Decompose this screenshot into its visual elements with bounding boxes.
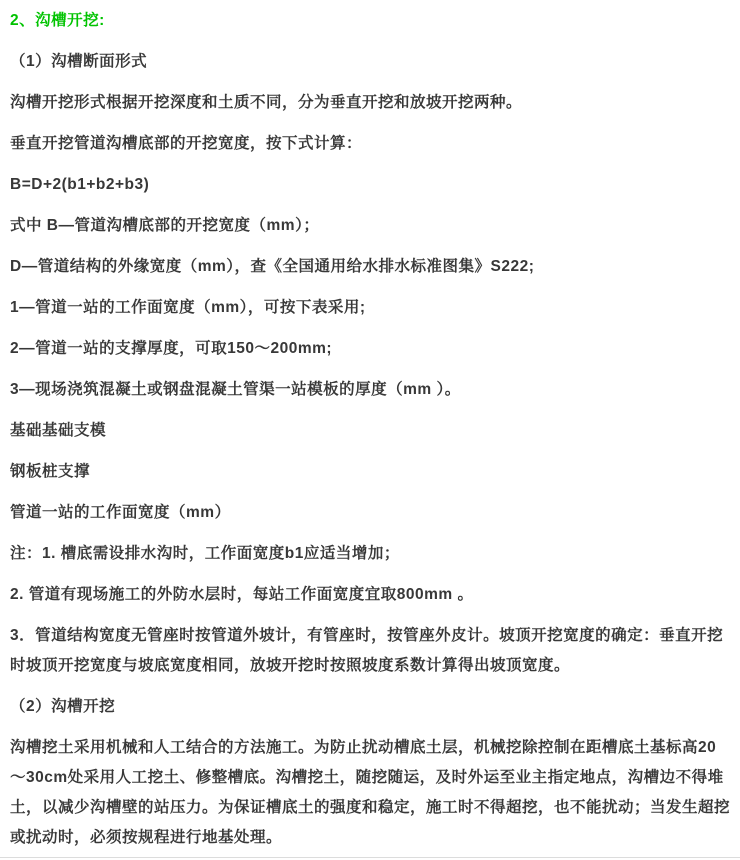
document-page: 2、沟槽开挖: （1）沟槽断面形式 沟槽开挖形式根据开挖深度和土质不同，分为垂直… [0, 0, 740, 860]
para-section2-title: （2）沟槽开挖 [10, 692, 730, 722]
section-heading: 2、沟槽开挖: [10, 6, 730, 36]
para-note-3: 3．管道结构宽度无管座时按管道外坡计，有管座时，按管座外皮计。坡顶开挖宽度的确定… [10, 621, 730, 681]
para-foundation-formwork: 基础基础支模 [10, 416, 730, 446]
para-note-2: 2. 管道有现场施工的外防水层时，每站工作面宽度宜取800mm 。 [10, 580, 730, 610]
para-term-b1: 1—管道一站的工作面宽度（mm），可按下表采用; [10, 293, 730, 323]
para-section1-title: （1）沟槽断面形式 [10, 47, 730, 77]
bottom-divider [0, 857, 740, 858]
para-term-b: 式中 B—管道沟槽底部的开挖宽度（mm）； [10, 211, 730, 241]
para-note-1: 注：1. 槽底需设排水沟时，工作面宽度b1应适当增加； [10, 539, 730, 569]
para-working-width-title: 管道一站的工作面宽度（mm） [10, 498, 730, 528]
para-term-d: D—管道结构的外缘宽度（mm），查《全国通用给水排水标准图集》S222; [10, 252, 730, 282]
para-steel-sheet-pile: 钢板桩支撑 [10, 457, 730, 487]
para-formula-intro: 垂直开挖管道沟槽底部的开挖宽度，按下式计算： [10, 129, 730, 159]
para-term-b3: 3—现场浇筑混凝土或钢盘混凝土管渠一站模板的厚度（mm ）。 [10, 375, 730, 405]
para-intro: 沟槽开挖形式根据开挖深度和土质不同，分为垂直开挖和放坡开挖两种。 [10, 88, 730, 118]
para-term-b2: 2—管道一站的支撑厚度，可取150～200mm; [10, 334, 730, 364]
para-excavation-method: 沟槽挖土采用机械和人工结合的方法施工。为防止扰动槽底土层，机械挖除控制在距槽底土… [10, 733, 730, 853]
para-formula: B=D+2(b1+b2+b3) [10, 170, 730, 200]
